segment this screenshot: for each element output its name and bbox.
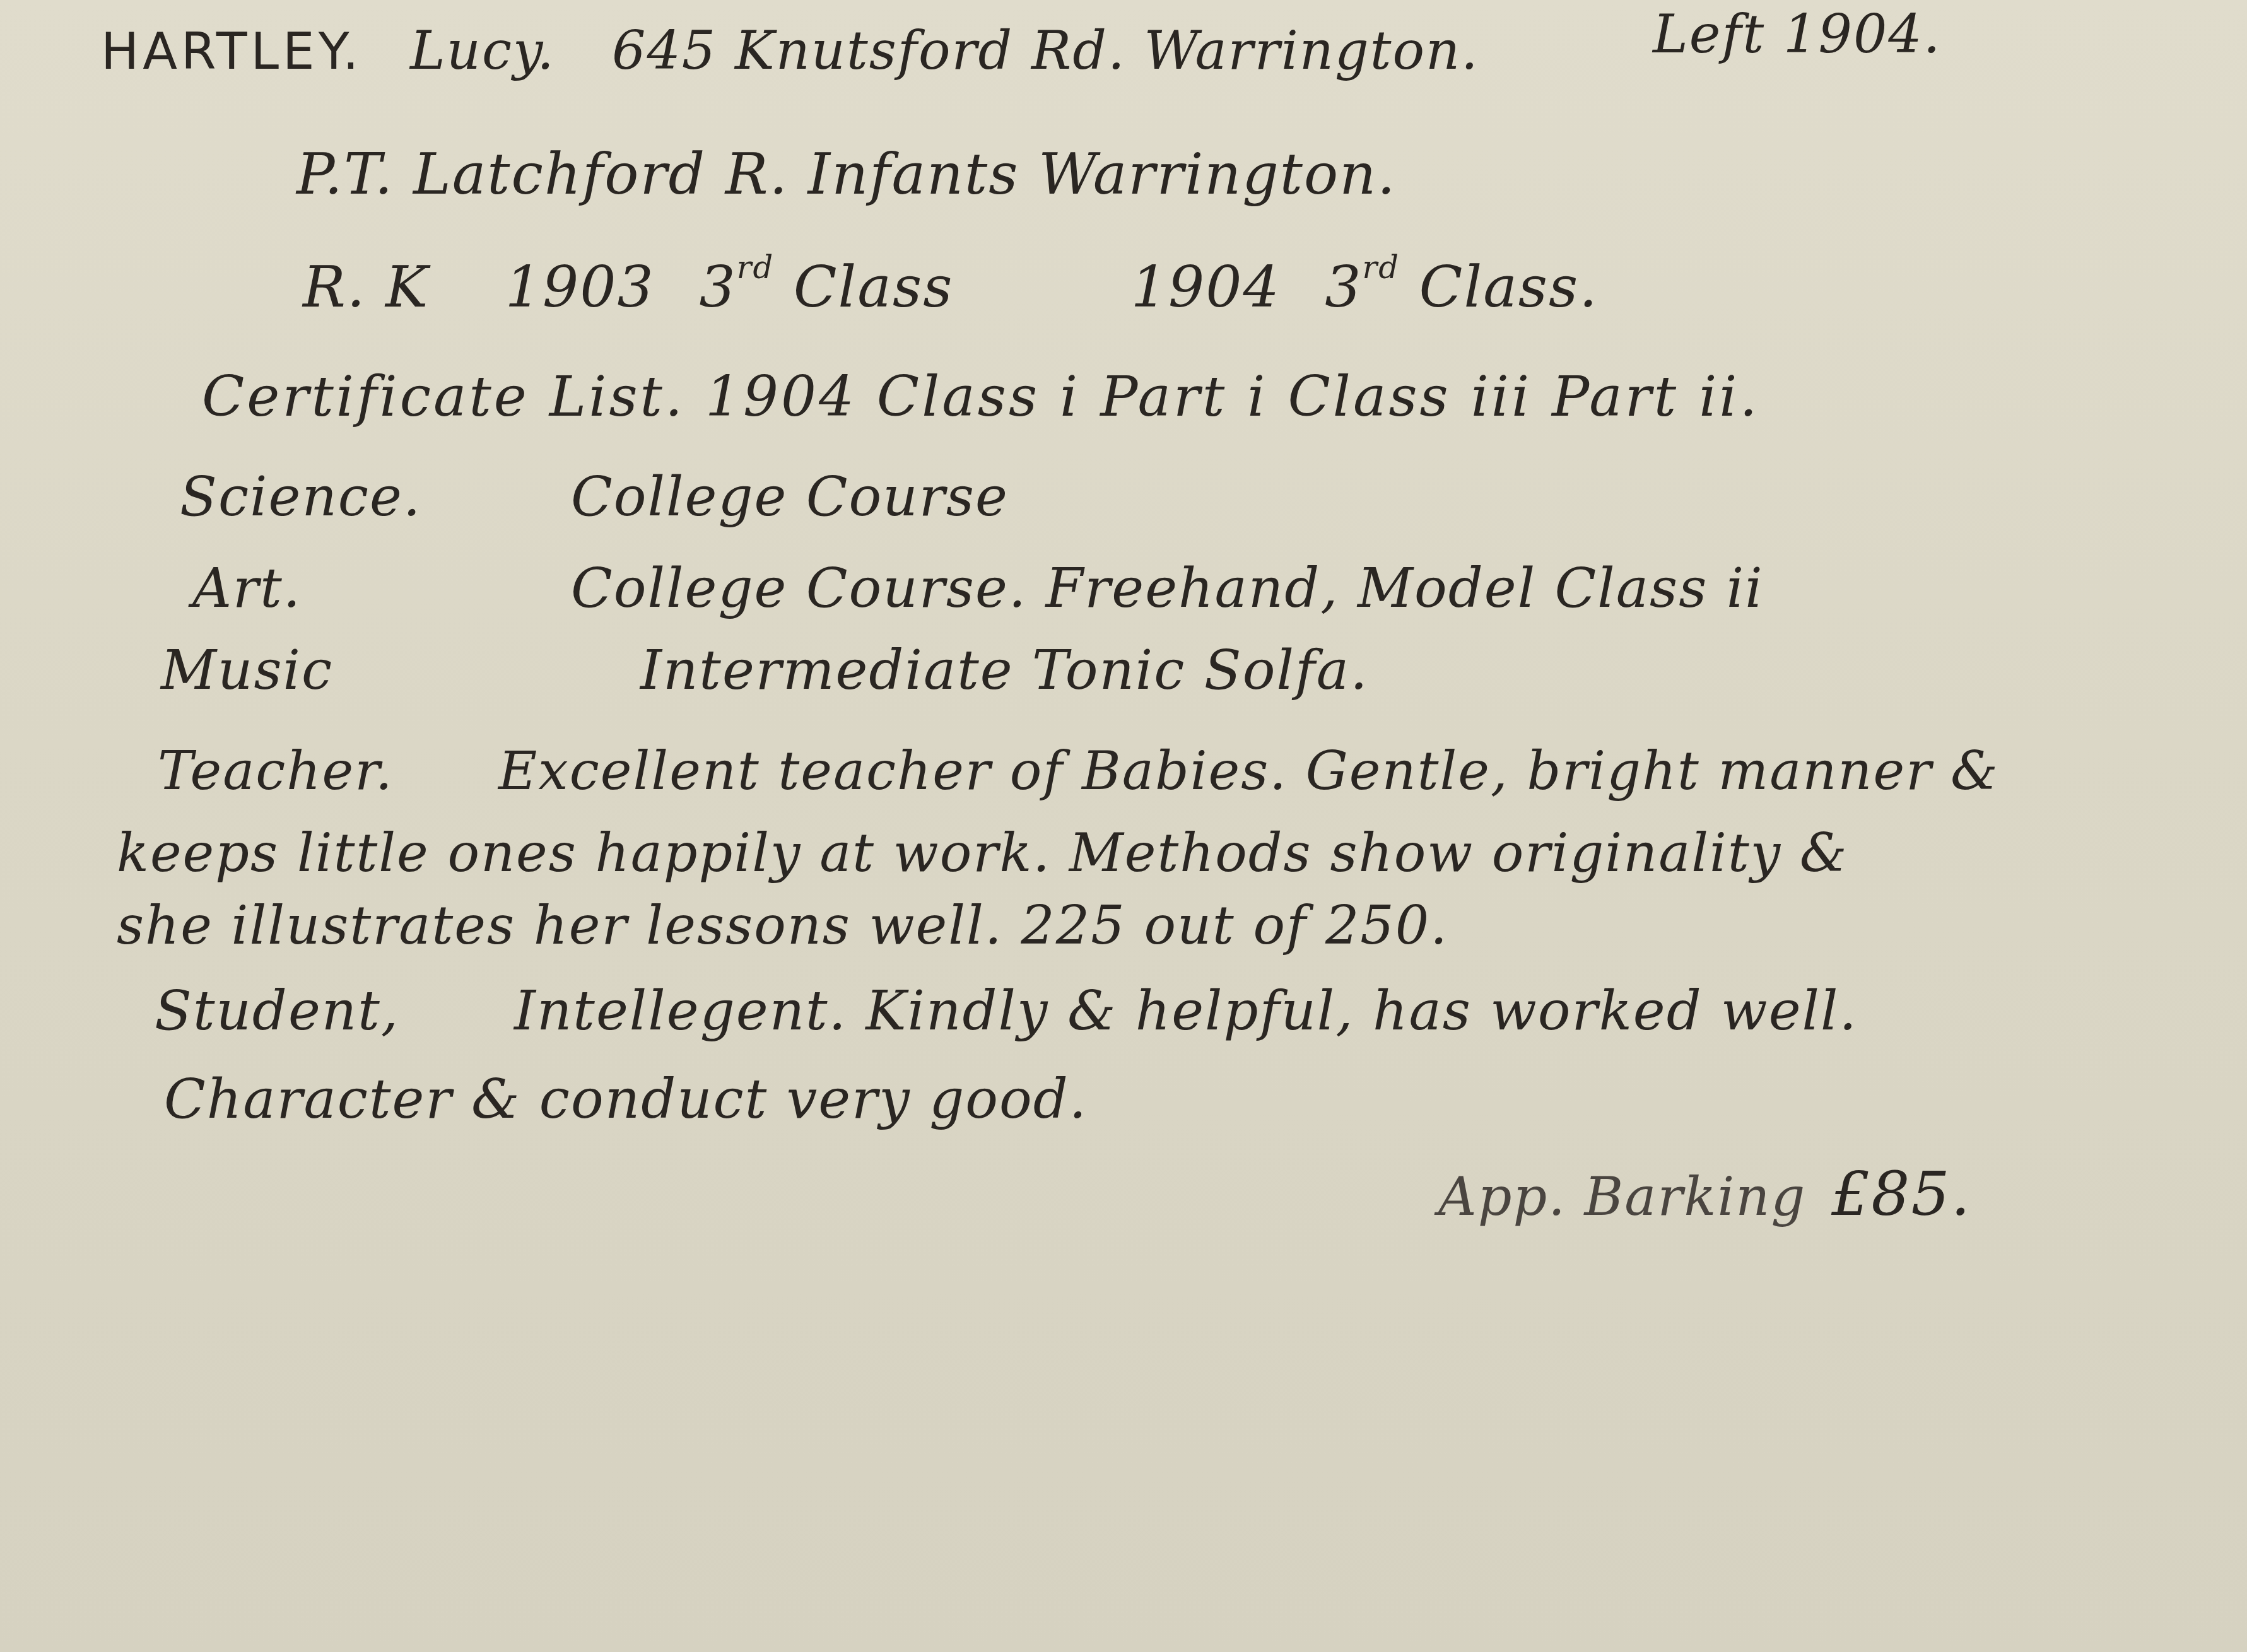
address: 645 Knutsford Rd. Warrington. bbox=[612, 20, 1479, 81]
header-details: Lucy.645 Knutsford Rd. Warrington. bbox=[410, 24, 1479, 77]
teacher-remark: Excellent teacher of Babies. Gentle, bri… bbox=[498, 740, 1999, 802]
subject-music: MusicIntermediate Tonic Solfa. bbox=[161, 643, 1368, 698]
student-line: Student,Intellegent. Kindly & helpful, h… bbox=[155, 984, 1858, 1038]
exams-line: R. K 1903 3rd Class 1904 3rd Class. bbox=[303, 252, 1599, 316]
forename: Lucy. bbox=[410, 20, 555, 81]
subject-label: Science. bbox=[180, 470, 571, 524]
exam-year-1: 1903 bbox=[505, 254, 655, 320]
exam-year-2: 1904 bbox=[1131, 254, 1281, 320]
surname: HARTLEY. bbox=[101, 22, 363, 81]
subject-value: College Course. Freehand, Model Class ii bbox=[571, 557, 1764, 620]
exam-class-1: 3rd Class bbox=[699, 254, 953, 320]
appointment-place: App. Barking bbox=[1438, 1166, 1806, 1227]
header-line: HARTLEY. bbox=[101, 26, 388, 77]
student-label: Student, bbox=[155, 984, 514, 1038]
appointment-salary: £85. bbox=[1831, 1159, 1971, 1229]
teacher-line-2: keeps little ones happily at work. Metho… bbox=[117, 826, 1848, 879]
subject-art: Art.College Course. Freehand, Model Clas… bbox=[192, 561, 1764, 616]
subject-label: Art. bbox=[192, 561, 571, 616]
subject-value: Intermediate Tonic Solfa. bbox=[640, 639, 1368, 702]
exam-prefix: R. K bbox=[303, 254, 429, 320]
exam-class-2: 3rd Class. bbox=[1325, 254, 1599, 320]
teacher-line-3: she illustrates her lessons well. 225 ou… bbox=[117, 899, 1448, 952]
school-line: P.T. Latchford R. Infants Warrington. bbox=[296, 146, 1397, 203]
character-line: Character & conduct very good. bbox=[164, 1072, 1088, 1127]
subject-value: College Course bbox=[571, 466, 1009, 529]
appointment-line: App. Barking£85. bbox=[1438, 1164, 1971, 1224]
teacher-line-1: Teacher.Excellent teacher of Babies. Gen… bbox=[158, 744, 1999, 797]
record-card-page: HARTLEY. Lucy.645 Knutsford Rd. Warringt… bbox=[0, 0, 2247, 1652]
left-note: Left 1904. bbox=[1653, 8, 1942, 61]
teacher-label: Teacher. bbox=[158, 744, 498, 797]
subject-science: Science.College Course bbox=[180, 470, 1009, 524]
student-remark: Intellegent. Kindly & helpful, has worke… bbox=[514, 980, 1858, 1043]
subject-label: Music bbox=[161, 643, 640, 698]
certificate-line: Certificate List. 1904 Class i Part i Cl… bbox=[202, 369, 1759, 425]
